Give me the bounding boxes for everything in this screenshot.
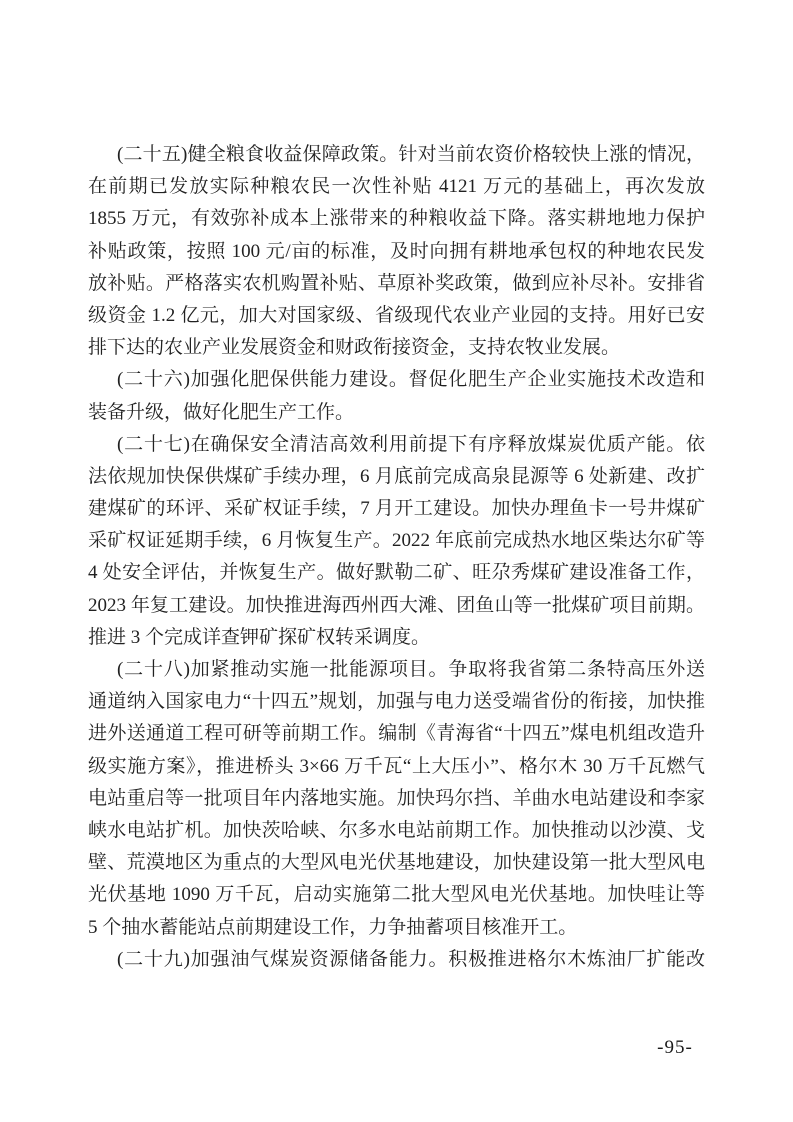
paragraph-item-27: (二十七)在确保安全清洁高效利用前提下有序释放煤炭优质产能。依法依规加快保供煤矿… — [88, 429, 705, 654]
text-line: (二十六)加强化肥保供能力建设。督促化肥生产企业实施技术改造和 — [88, 364, 705, 396]
text-line: 2023 年复工建设。加快推进海西州西大滩、团鱼山等一批煤矿项目前期。 — [88, 590, 705, 622]
text-line: (二十九)加强油气煤炭资源储备能力。积极推进格尔木炼油厂扩能改 — [88, 944, 705, 976]
text-line: 进外送通道工程可研等前期工作。编制《青海省“十四五”煤电机组改造升 — [88, 718, 705, 750]
text-line: 峡水电站扩机。加快茨哈峡、尔多水电站前期工作。加快推动以沙漠、戈 — [88, 815, 705, 847]
paragraph-item-25: (二十五)健全粮食收益保障政策。针对当前农资价格较快上涨的情况，在前期已发放实际… — [88, 139, 705, 364]
page-number: -95- — [640, 1036, 710, 1060]
paragraph-item-28: (二十八)加紧推动实施一批能源项目。争取将我省第二条特高压外送通道纳入国家电力“… — [88, 654, 705, 944]
text-line: 通道纳入国家电力“十四五”规划，加强与电力送受端省份的衔接，加快推 — [88, 686, 705, 718]
text-line: 光伏基地 1090 万千瓦，启动实施第二批大型风电光伏基地。加快哇让等 — [88, 879, 705, 911]
text-line: 采矿权证延期手续，6 月恢复生产。2022 年底前完成热水地区柴达尔矿等 — [88, 525, 705, 557]
text-line: 5 个抽水蓄能站点前期建设工作，力争抽蓄项目核准开工。 — [88, 912, 705, 944]
text-line: 法依规加快保供煤矿手续办理，6 月底前完成高泉昆源等 6 处新建、改扩 — [88, 461, 705, 493]
text-line: 在前期已发放实际种粮农民一次性补贴 4121 万元的基础上，再次发放 — [88, 171, 705, 203]
text-line: 补贴政策，按照 100 元/亩的标准，及时向拥有耕地承包权的种地农民发 — [88, 236, 705, 268]
text-line: 壁、荒漠地区为重点的大型风电光伏基地建设，加快建设第一批大型风电 — [88, 847, 705, 879]
text-line: 放补贴。严格落实农机购置补贴、草原补奖政策，做到应补尽补。安排省 — [88, 268, 705, 300]
text-line: 电站重启等一批项目年内落地实施。加快玛尔挡、羊曲水电站建设和李家 — [88, 783, 705, 815]
document-page: (二十五)健全粮食收益保障政策。针对当前农资价格较快上涨的情况，在前期已发放实际… — [0, 0, 793, 1122]
text-line: (二十八)加紧推动实施一批能源项目。争取将我省第二条特高压外送 — [88, 654, 705, 686]
text-line: 推进 3 个完成详查钾矿探矿权转采调度。 — [88, 622, 705, 654]
text-line: 级实施方案》，推进桥头 3×66 万千瓦“上大压小”、格尔木 30 万千瓦燃气 — [88, 751, 705, 783]
text-line: 级资金 1.2 亿元，加大对国家级、省级现代农业产业园的支持。用好已安 — [88, 300, 705, 332]
text-line: (二十七)在确保安全清洁高效利用前提下有序释放煤炭优质产能。依 — [88, 429, 705, 461]
text-line: 1855 万元，有效弥补成本上涨带来的种粮收益下降。落实耕地地力保护 — [88, 203, 705, 235]
text-line: 建煤矿的环评、采矿权证手续，7 月开工建设。加快办理鱼卡一号井煤矿 — [88, 493, 705, 525]
text-line: 4 处安全评估，并恢复生产。做好默勒二矿、旺尕秀煤矿建设准备工作， — [88, 557, 705, 589]
paragraph-item-29: (二十九)加强油气煤炭资源储备能力。积极推进格尔木炼油厂扩能改 — [88, 944, 705, 976]
paragraph-item-26: (二十六)加强化肥保供能力建设。督促化肥生产企业实施技术改造和装备升级，做好化肥… — [88, 364, 705, 428]
text-line: 排下达的农业产业发展资金和财政衔接资金，支持农牧业发展。 — [88, 332, 705, 364]
document-body: (二十五)健全粮食收益保障政策。针对当前农资价格较快上涨的情况，在前期已发放实际… — [88, 139, 705, 976]
text-line: (二十五)健全粮食收益保障政策。针对当前农资价格较快上涨的情况， — [88, 139, 705, 171]
text-line: 装备升级，做好化肥生产工作。 — [88, 397, 705, 429]
